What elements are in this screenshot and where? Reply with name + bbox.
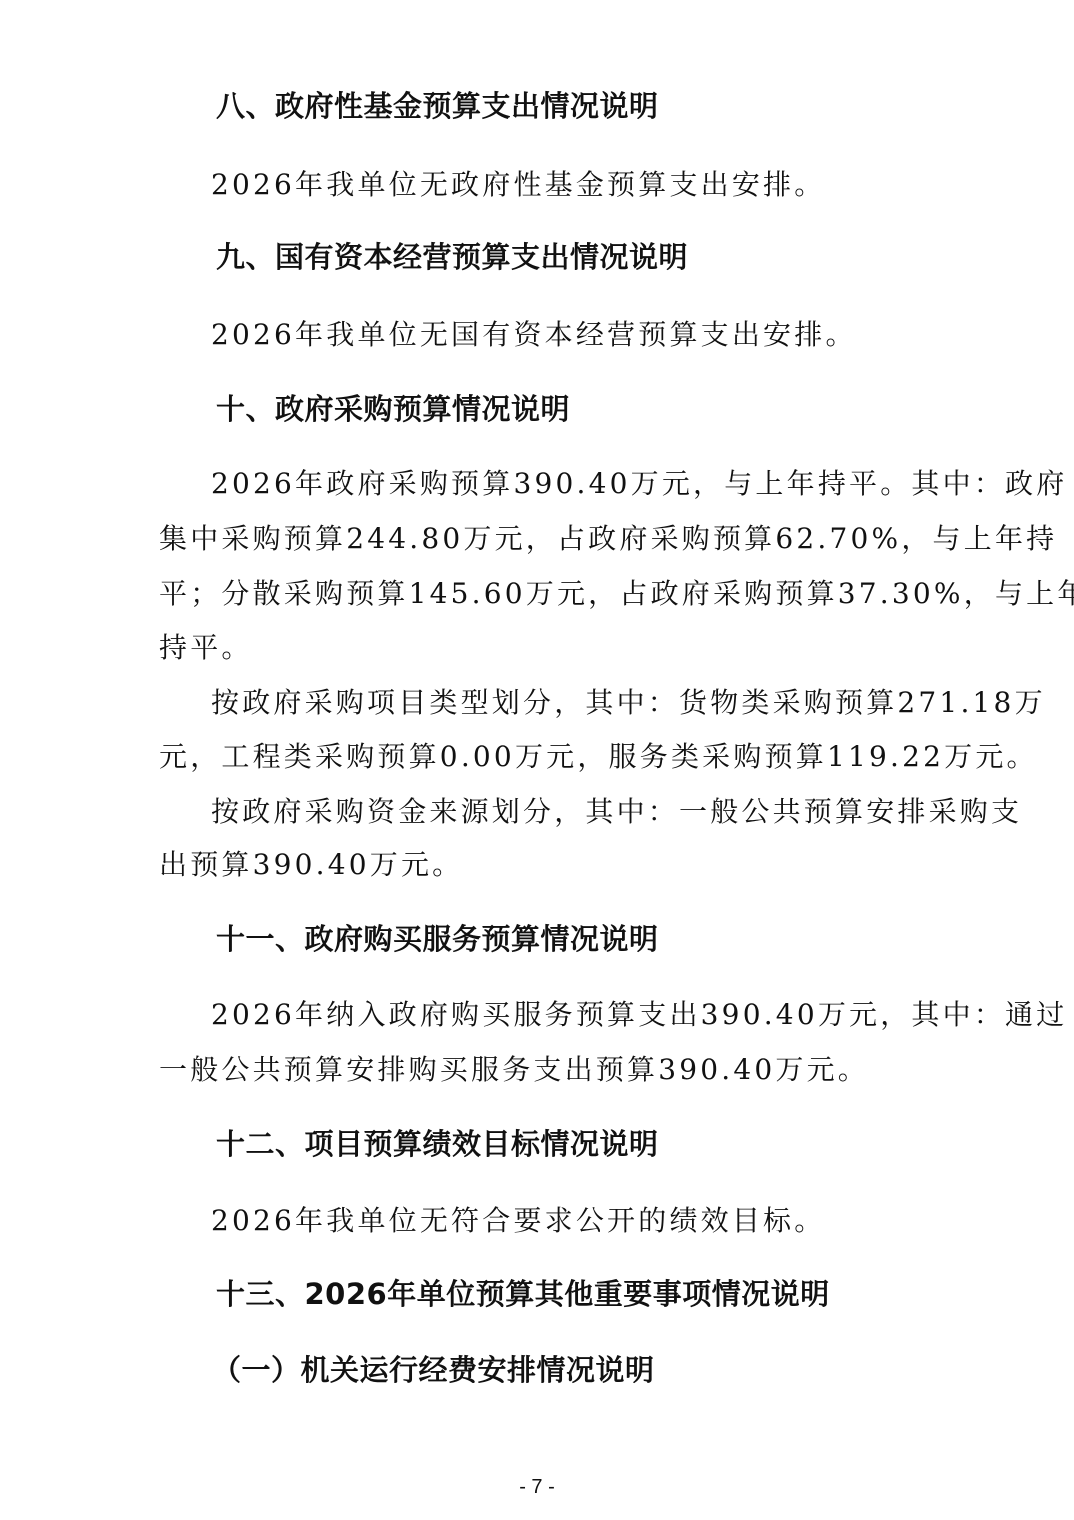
procurement-paragraph-line-2: 集中采购预算244.80万元，占政府采购预算62.70%，与上年持 [159, 519, 929, 559]
procurement-paragraph-line-4: 持平。 [159, 628, 253, 668]
subsection-heading-1: （一）机关运行经费安排情况说明 [212, 1350, 655, 1390]
purchased-services-line-1: 2026年纳入政府购买服务预算支出390.40万元，其中：通过 [211, 995, 1067, 1035]
section-body-12: 2026年我单位无符合要求公开的绩效目标。 [211, 1201, 825, 1241]
procurement-source-line-2: 出预算390.40万元。 [159, 845, 463, 885]
purchased-services-line-2: 一般公共预算安排购买服务支出预算390.40万元。 [159, 1050, 869, 1090]
section-heading-12: 十二、项目预算绩效目标情况说明 [216, 1124, 659, 1164]
section-body-8: 2026年我单位无政府性基金预算支出安排。 [211, 165, 825, 205]
procurement-type-line-1: 按政府采购项目类型划分，其中：货物类采购预算271.18万 [211, 683, 1046, 723]
section-body-9: 2026年我单位无国有资本经营预算支出安排。 [211, 315, 857, 355]
procurement-type-line-2: 元，工程类采购预算0.00万元，服务类采购预算119.22万元。 [159, 737, 1038, 777]
document-page: 八、政府性基金预算支出情况说明 2026年我单位无政府性基金预算支出安排。 九、… [0, 0, 1074, 1520]
procurement-source-line-1: 按政府采购资金来源划分，其中：一般公共预算安排采购支 [211, 792, 1022, 832]
section-heading-13: 十三、2026年单位预算其他重要事项情况说明 [216, 1274, 830, 1314]
section-heading-9: 九、国有资本经营预算支出情况说明 [216, 237, 688, 277]
section-heading-10: 十、政府采购预算情况说明 [216, 389, 570, 429]
procurement-paragraph-line-1: 2026年政府采购预算390.40万元，与上年持平。其中：政府 [211, 464, 928, 504]
procurement-paragraph-line-3: 平；分散采购预算145.60万元，占政府采购预算37.30%，与上年 [159, 574, 929, 614]
section-heading-11: 十一、政府购买服务预算情况说明 [216, 919, 659, 959]
section-heading-8: 八、政府性基金预算支出情况说明 [216, 86, 659, 126]
page-number: - 7 - [0, 1476, 1074, 1499]
